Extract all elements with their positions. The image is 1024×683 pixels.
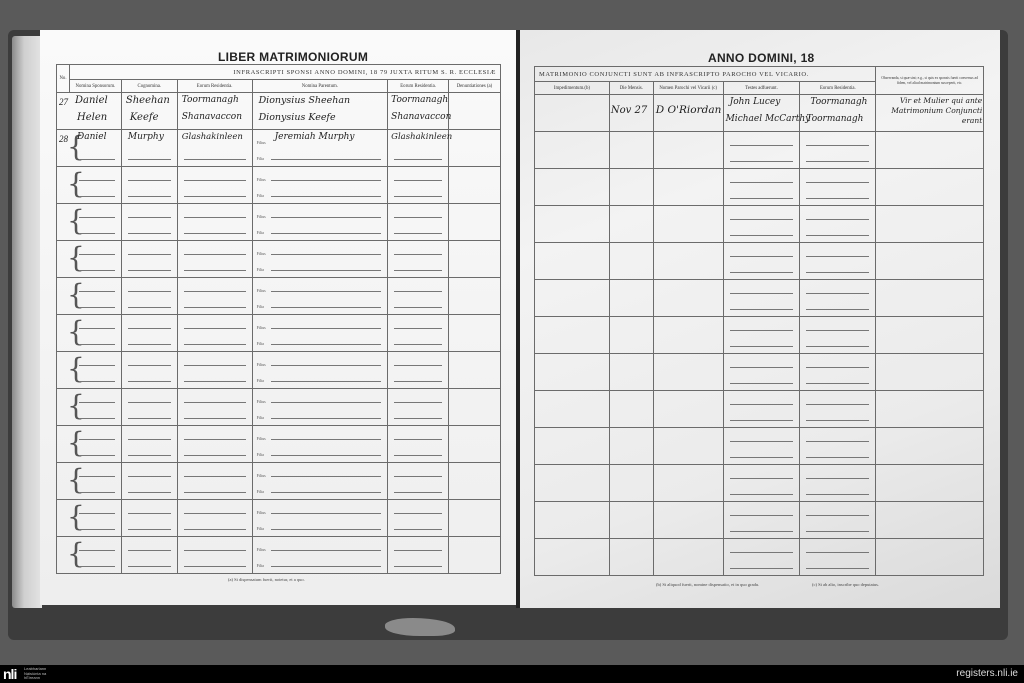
observanda-note: Vir et Mulier qui ante Matrimonium Conju… [880, 96, 982, 126]
table-row-blank [535, 354, 984, 391]
table-row: Nov 27 D O'Riordan John Lucey Michael Mc… [535, 95, 984, 132]
parent-residence-2: Shanavaccon [391, 112, 451, 122]
entry-number: 27 [59, 97, 68, 107]
col-header-parochus: Nomen Parochi vel Vicarii (c) [653, 82, 723, 95]
col-header-testes: Testes adfuerunt. [723, 82, 800, 95]
witness-1: John Lucey [730, 97, 781, 107]
brace-icon: { [67, 207, 85, 235]
groom-residence: Toormanagh [182, 95, 239, 105]
table-row-blank [535, 132, 984, 169]
left-page-title: LIBER MATRIMONIORUM [218, 50, 368, 64]
marriage-register-table-right: MATRIMONIO CONJUNCTI SUNT AB INFRASCRIPT… [534, 66, 984, 576]
bride-parent: Dionysius Keefe [259, 112, 336, 123]
footer-bar [0, 665, 1024, 683]
table-row-blank [535, 391, 984, 428]
parent-residence-1: Glashakinleen [391, 132, 452, 142]
right-footnote-b: (b) Si aliquod fuerit, nomine dispensati… [656, 582, 759, 587]
table-row-blank: {FiliusFilia [57, 167, 501, 204]
col-header-die-mensis: Die Mensis. [609, 82, 653, 95]
cell-impedimentum [535, 95, 610, 132]
brace-icon: { [67, 429, 85, 457]
witness-2: Michael McCarthy [726, 114, 811, 124]
table-row-blank [535, 280, 984, 317]
groom-parent: Jeremiah Murphy [275, 132, 355, 142]
cell-denuntiationes [449, 93, 501, 130]
table-row-blank [535, 465, 984, 502]
cell-names: 27 Daniel Helen [57, 93, 122, 130]
table-row-blank: {FiliusFilia [57, 500, 501, 537]
table-row-blank [535, 502, 984, 539]
table-row-blank: {FiliusFilia [57, 389, 501, 426]
witness-residence-1: Toormanagh [810, 97, 867, 107]
table-row-blank: {FiliusFilia [57, 463, 501, 500]
table-row-blank: {FiliusFilia [57, 315, 501, 352]
left-footnote: (a) Si dispensatum fuerit, notetur, et a… [228, 577, 305, 582]
filia-label: Filia [257, 156, 264, 161]
brace-icon: { [67, 244, 85, 272]
groom-name: Daniel [75, 95, 108, 106]
brace-icon: { [67, 318, 85, 346]
col-header-denuntiationes: Denuntiationes (a) [449, 80, 501, 93]
groom-parent: Dionysius Sheehan [259, 95, 351, 106]
col-header-testes-residentia: Eorum Residentia. [800, 82, 876, 95]
book-gutter [516, 30, 520, 608]
groom-name: Daniel [77, 132, 106, 142]
header-infrascripti: INFRASCRIPTI SPONSI ANNO DOMINI, 18 79 J… [69, 65, 500, 80]
page-debris [385, 618, 455, 636]
nli-logo[interactable]: nli [3, 666, 16, 682]
table-row-blank: {FiliusFilia [57, 537, 501, 574]
site-url-link[interactable]: registers.nli.ie [956, 668, 1018, 679]
table-row: 28 { Daniel Murphy Glashakinleen Filius … [57, 130, 501, 167]
brace-icon: { [67, 281, 85, 309]
brace-icon: { [67, 170, 85, 198]
brace-icon: { [67, 503, 85, 531]
parent-residence-1: Toormanagh [391, 95, 448, 105]
table-row-blank: {FiliusFilia [57, 204, 501, 241]
table-row-blank [535, 169, 984, 206]
header-matrimonio: MATRIMONIO CONJUNCTI SUNT AB INFRASCRIPT… [535, 67, 876, 82]
table-row-blank [535, 206, 984, 243]
table-row-blank [535, 428, 984, 465]
bride-surname: Keefe [130, 112, 159, 123]
bride-name: Helen [77, 112, 107, 123]
brace-icon: { [67, 466, 85, 494]
priest-name: D O'Riordan [656, 104, 722, 116]
groom-residence: Glashakinleen [182, 132, 243, 142]
table-row-blank: {FiliusFilia [57, 278, 501, 315]
marriage-register-table-left: No. INFRASCRIPTI SPONSI ANNO DOMINI, 18 … [56, 64, 501, 574]
col-header-nomina-sponsorum: Nomina Sponsorum. [69, 80, 121, 93]
filius-label: Filius [257, 140, 266, 145]
nli-logo-caption: Leabharlann Náisiúnta na hÉireann [24, 667, 54, 681]
col-header-nomina-parentum: Nomina Parentum. [252, 80, 388, 93]
groom-surname: Murphy [128, 132, 164, 142]
col-header-observanda: Observanda, si quæ sint; e.g., si quis e… [876, 67, 984, 95]
bride-residence: Shanavaccon [182, 112, 242, 122]
table-row-blank: {FiliusFilia [57, 352, 501, 389]
table-row-blank: {FiliusFilia [57, 426, 501, 463]
table-row-blank [535, 539, 984, 576]
table-row-blank [535, 243, 984, 280]
page-stack [12, 36, 42, 608]
brace-icon: { [67, 392, 85, 420]
col-header-residentia: Eorum Residentia. [177, 80, 252, 93]
table-row-blank [535, 317, 984, 354]
col-header-parent-residentia: Eorum Residentia. [388, 80, 449, 93]
marriage-date: Nov 27 [611, 105, 647, 116]
witness-residence-2: Toormanagh [806, 114, 863, 124]
table-row-blank: {FiliusFilia [57, 241, 501, 278]
right-page-title: ANNO DOMINI, 18 [708, 51, 815, 65]
col-header-cognomina: Cognomina. [121, 80, 177, 93]
brace-icon: { [67, 355, 85, 383]
groom-surname: Sheehan [126, 95, 170, 106]
table-row: 27 Daniel Helen Sheehan Keefe Toormanagh… [57, 93, 501, 130]
right-footnote-c: (c) Si ab alio, inscribe quo deputatus. [812, 582, 879, 587]
brace-icon: { [67, 540, 85, 568]
col-header-no: No. [57, 65, 70, 93]
col-header-impedimentum: Impedimentum.(b) [535, 82, 610, 95]
